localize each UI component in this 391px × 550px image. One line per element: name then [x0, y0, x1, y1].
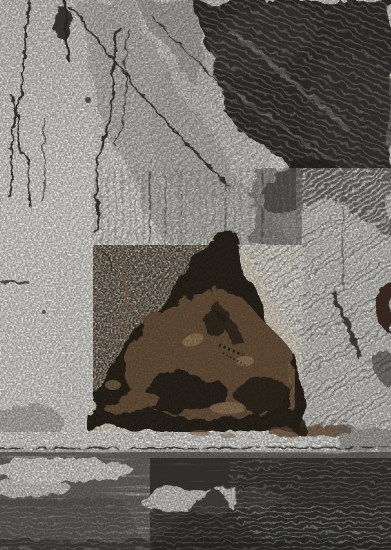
artwork-figure	[0, 0, 391, 550]
artwork-canvas	[0, 0, 391, 550]
grain-overlay	[0, 0, 391, 550]
